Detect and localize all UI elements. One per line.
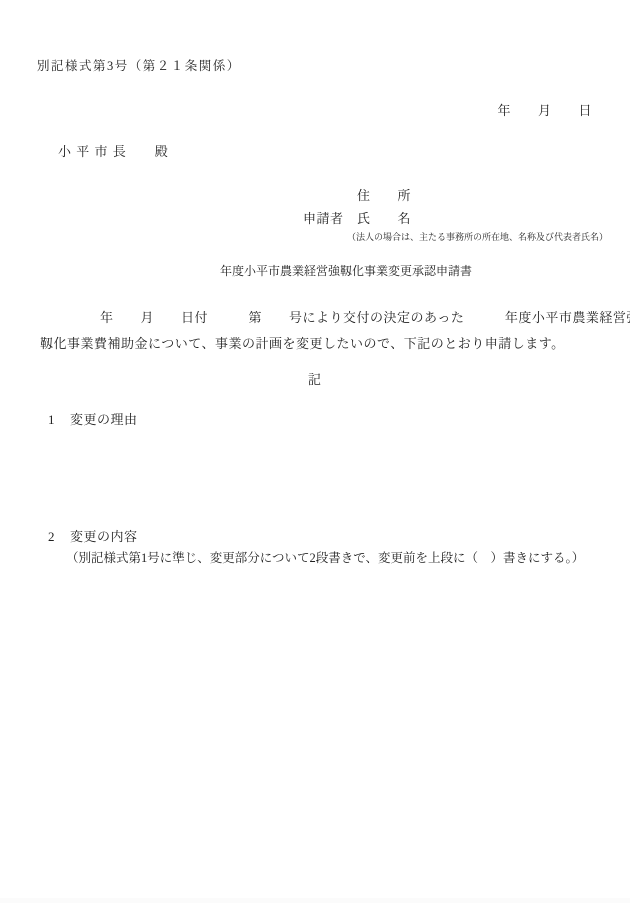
addressee-mayor-line: 小 平 市 長 殿 [58,144,169,160]
item-2-number: 2 [48,529,55,545]
item-2-note: （別記様式第1号に準じ、変更部分について2段書きで、変更前を上段に（ ）書きにす… [66,551,584,567]
applicant-address-label: 住 所 [357,188,411,204]
date-blank-line: 年 月 日 [497,103,592,119]
record-marker: 記 [308,372,322,388]
item-2-label: 変更の内容 [70,529,138,545]
item-1-label: 変更の理由 [70,412,138,428]
page-bottom-edge [0,898,630,903]
item-1-number: 1 [48,412,55,428]
corporation-note: （法人の場合は、主たる事務所の所在地、名称及び代表者氏名） [347,232,608,243]
applicant-label: 申請者 [303,211,344,227]
document-page: 別記様式第3号（第２１条関係） 年 月 日 小 平 市 長 殿 住 所 申請者 … [0,0,630,903]
item-2-heading: 2 変更の内容 [48,529,138,545]
applicant-name-label: 氏 名 [357,211,411,227]
form-number-label: 別記様式第3号（第２１条関係） [37,59,241,75]
body-text-line-1: 年 月 日付 第 号により交付の決定のあった 年度小平市農業経営強 [100,310,630,326]
document-title: 年度小平市農業経営強靱化事業変更承認申請書 [220,264,472,279]
item-1-heading: 1 変更の理由 [48,412,138,428]
body-text-line-2: 靱化事業費補助金について、事業の計画を変更したいので、下記のとおり申請します。 [40,336,565,352]
